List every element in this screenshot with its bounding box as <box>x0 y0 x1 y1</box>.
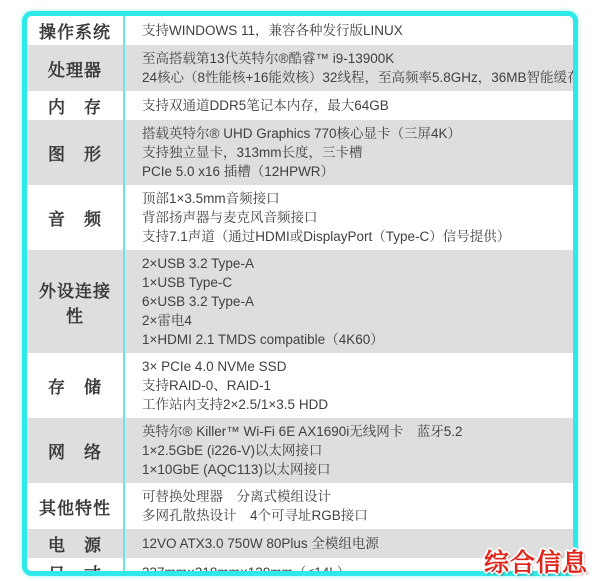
spec-row-label: 音 频 <box>27 185 125 250</box>
spec-row: 处理器至高搭载第13代英特尔®酷睿™ i9-13900K24核心（8性能核+16… <box>27 45 573 91</box>
spec-line: 搭载英特尔® UHD Graphics 770核心显卡（三屏4K） <box>142 124 565 143</box>
spec-line: 支持双通道DDR5笔记本内存，最大64GB <box>142 96 565 115</box>
spec-row-label: 存 储 <box>27 353 125 418</box>
spec-line: 支持WINDOWS 11，兼容各种发行版LINUX <box>142 21 565 40</box>
spec-line: 2×USB 3.2 Type-A <box>142 254 565 273</box>
spec-row: 外设连接性2×USB 3.2 Type-A1×USB Type-C6×USB 3… <box>27 250 573 353</box>
spec-row-label: 内 存 <box>27 91 125 120</box>
spec-row: 其他特性可替换处理器 分离式模组设计多网孔散热设计 4个可寻址RGB接口 <box>27 483 573 529</box>
spec-line: 6×USB 3.2 Type-A <box>142 292 565 311</box>
spec-row-value: 支持WINDOWS 11，兼容各种发行版LINUX <box>125 16 573 45</box>
spec-row-value: 3× PCIe 4.0 NVMe SSD支持RAID-0、RAID-1工作站内支… <box>125 353 573 418</box>
spec-line: 工作站内支持2×2.5/1×3.5 HDD <box>142 395 565 414</box>
spec-row-value: 支持双通道DDR5笔记本内存，最大64GB <box>125 91 573 120</box>
spec-line: 3× PCIe 4.0 NVMe SSD <box>142 357 565 376</box>
spec-line: PCIe 5.0 x16 插槽（12HPWR） <box>142 162 565 181</box>
spec-row: 存 储3× PCIe 4.0 NVMe SSD支持RAID-0、RAID-1工作… <box>27 353 573 418</box>
spec-line: 1×HDMI 2.1 TMDS compatible（4K60） <box>142 330 565 349</box>
spec-row-label: 图 形 <box>27 120 125 185</box>
spec-table-frame: 操作系统支持WINDOWS 11，兼容各种发行版LINUX处理器至高搭载第13代… <box>22 11 578 576</box>
spec-line: 2×雷电4 <box>142 311 565 330</box>
spec-row-value: 顶部1×3.5mm音频接口背部扬声器与麦克风音频接口支持7.1声道（通过HDMI… <box>125 185 573 250</box>
spec-row-label: 电 源 <box>27 529 125 558</box>
spec-row-label: 外设连接性 <box>27 250 125 353</box>
spec-line: 可替换处理器 分离式模组设计 <box>142 487 565 506</box>
spec-row-label: 操作系统 <box>27 16 125 45</box>
spec-row-label: 网 络 <box>27 418 125 483</box>
spec-row: 内 存支持双通道DDR5笔记本内存，最大64GB <box>27 91 573 120</box>
spec-row-label: 其他特性 <box>27 483 125 529</box>
page: 操作系统支持WINDOWS 11，兼容各种发行版LINUX处理器至高搭载第13代… <box>0 0 594 581</box>
spec-row: 网 络英特尔® Killer™ Wi-Fi 6E AX1690i无线网卡 蓝牙5… <box>27 418 573 483</box>
spec-line: 背部扬声器与麦克风音频接口 <box>142 208 565 227</box>
spec-row: 图 形搭载英特尔® UHD Graphics 770核心显卡（三屏4K）支持独立… <box>27 120 573 185</box>
spec-line: 多网孔散热设计 4个可寻址RGB接口 <box>142 506 565 525</box>
spec-row: 音 频顶部1×3.5mm音频接口背部扬声器与麦克风音频接口支持7.1声道（通过H… <box>27 185 573 250</box>
spec-row-value: 至高搭载第13代英特尔®酷睿™ i9-13900K24核心（8性能核+16能效核… <box>125 45 578 91</box>
spec-line: 24核心（8性能核+16能效核）32线程，至高频率5.8GHz，36MB智能缓存 <box>142 68 578 87</box>
spec-line: 1×10GbE (AQC113)以太网接口 <box>142 460 565 479</box>
spec-line: 英特尔® Killer™ Wi-Fi 6E AX1690i无线网卡 蓝牙5.2 <box>142 422 565 441</box>
spec-row-value: 可替换处理器 分离式模组设计多网孔散热设计 4个可寻址RGB接口 <box>125 483 573 529</box>
spec-line: 1×USB Type-C <box>142 273 565 292</box>
spec-row-value: 搭载英特尔® UHD Graphics 770核心显卡（三屏4K）支持独立显卡，… <box>125 120 573 185</box>
spec-row-label: 处理器 <box>27 45 125 91</box>
spec-line: 至高搭载第13代英特尔®酷睿™ i9-13900K <box>142 49 578 68</box>
spec-row-value: 英特尔® Killer™ Wi-Fi 6E AX1690i无线网卡 蓝牙5.21… <box>125 418 573 483</box>
spec-line: 支持独立显卡，313mm长度，三卡槽 <box>142 143 565 162</box>
spec-row-label: 尺 寸 <box>27 558 125 576</box>
watermark-badge: 综合信息 <box>484 543 588 579</box>
spec-line: 1×2.5GbE (i226-V)以太网接口 <box>142 441 565 460</box>
spec-line: 顶部1×3.5mm音频接口 <box>142 189 565 208</box>
spec-row-value: 2×USB 3.2 Type-A1×USB Type-C6×USB 3.2 Ty… <box>125 250 573 353</box>
spec-line: 支持7.1声道（通过HDMI或DisplayPort（Type-C）信号提供） <box>142 227 565 246</box>
spec-row: 操作系统支持WINDOWS 11，兼容各种发行版LINUX <box>27 16 573 45</box>
spec-table: 操作系统支持WINDOWS 11，兼容各种发行版LINUX处理器至高搭载第13代… <box>27 16 573 571</box>
spec-line: 支持RAID-0、RAID-1 <box>142 376 565 395</box>
